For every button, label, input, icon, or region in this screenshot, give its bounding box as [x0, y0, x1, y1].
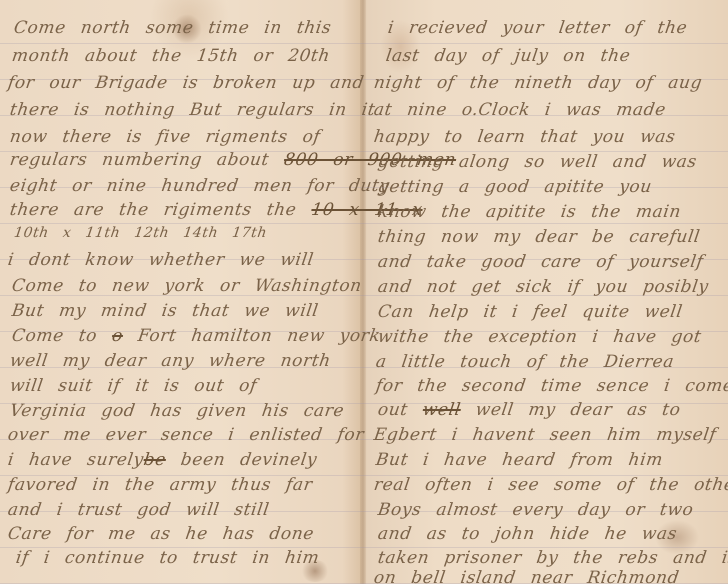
letter-line: for our Brigade is broken up and	[7, 73, 366, 93]
letter-line: on bell island near Richmond	[373, 568, 681, 584]
letter-line: at nine o.Clock i was made	[373, 100, 668, 120]
letter-line: and i trust god will still	[7, 500, 271, 520]
letter-line: night of the nineth day of aug	[373, 73, 704, 93]
letter-line: Care for me as he has done	[7, 524, 316, 544]
letter-line: Come north some time in this	[13, 18, 333, 38]
letter-line: and take good care of yourself	[377, 252, 705, 272]
right-page: i recieved your letter of the last day o…	[364, 0, 728, 584]
letter-line: But my mind is that we will	[11, 301, 320, 321]
letter-line: last day of july on the	[385, 46, 632, 66]
letter-line: over me ever sence i enlisted for	[7, 425, 366, 445]
letter-line: withe the exception i have got	[377, 327, 703, 347]
letter-line: will suit if it is out of	[9, 376, 259, 396]
letter-line: Egbert i havent seen him myself	[373, 425, 718, 445]
struck-text: be	[142, 450, 167, 470]
letter-line: for the second time sence i come	[375, 376, 728, 396]
letter-line: Come to o Fort hamilton new york	[11, 326, 382, 346]
letter-line: month about the 15th or 20th	[11, 46, 332, 66]
letter-line: But i have heard from him	[375, 450, 665, 470]
left-page: Come north some time in this month about…	[0, 0, 364, 584]
letter-line: getting along so well and was	[377, 152, 699, 172]
letter-spread: Come north some time in this month about…	[0, 0, 728, 584]
letter-line: and not get sick if you posibly	[377, 277, 710, 297]
struck-text: well	[421, 400, 462, 420]
letter-line: Come to new york or Washington	[11, 276, 364, 296]
letter-line: if i continue to trust in him	[15, 548, 321, 568]
letter-line: eight or nine hundred men for duty	[9, 176, 391, 196]
letter-line: favored in the army thus far	[7, 475, 314, 495]
letter-line: i recieved your letter of the	[387, 18, 689, 38]
letter-line: know the apitite is the main	[377, 202, 683, 222]
letter-line: thing now my dear be carefull	[377, 227, 702, 247]
letter-line: there are the rigiments the 10 x 11 x	[9, 200, 424, 220]
letter-line: getting a good apitite you	[377, 177, 654, 197]
letter-line: well my dear any where north	[9, 351, 333, 371]
regiment-numbers: 10th x 11th 12th 14th 17th	[13, 225, 268, 241]
letter-line: Verginia god has given his care	[9, 401, 346, 421]
letter-line: a little touch of the Dierrea	[375, 352, 676, 372]
letter-line: i dont know whether we will	[7, 250, 315, 270]
letter-line: there is nothing But regulars in it	[9, 100, 377, 120]
letter-line: out well well my dear as to	[377, 400, 682, 420]
letter-line: now there is five rigments of	[9, 127, 322, 147]
struck-text: o	[111, 326, 125, 346]
letter-line: taken prisoner by the rebs and is	[377, 548, 728, 568]
letter-line: real often i see some of the other	[373, 475, 728, 495]
letter-line: i have surelybe been devinely	[7, 450, 319, 470]
letter-line: and as to john hide he was	[377, 524, 679, 544]
letter-line: Boys almost every day or two	[377, 500, 695, 520]
letter-line: Can help it i feel quite well	[377, 302, 684, 322]
letter-line: happy to learn that you was	[373, 127, 677, 147]
